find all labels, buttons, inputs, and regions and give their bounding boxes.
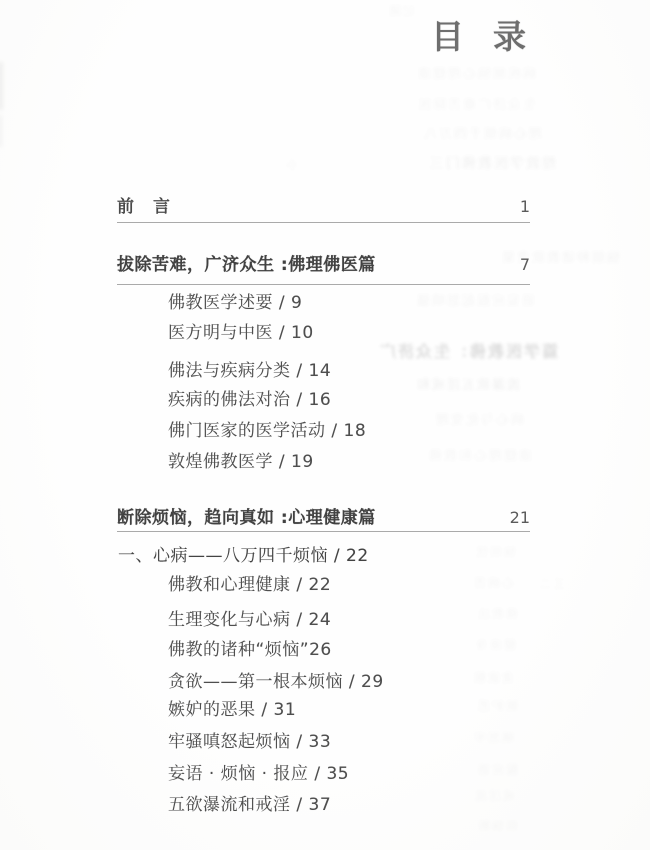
toc-entry: 佛门医家的医学活动 / 18 — [168, 420, 366, 442]
toc-entry: 佛教的诸种“烦恼”26 — [168, 639, 332, 661]
toc-entry: 牢骚嗔怒起烦恼 / 33 — [168, 731, 331, 753]
page-title: 目 录 — [431, 11, 524, 58]
toc-entry: 疾病的佛法对治 / 16 — [168, 389, 331, 411]
toc-entry: 生理变化与心病 / 24 — [168, 609, 331, 631]
section-title: 拔除苦难，广济众生 :佛理佛医篇 — [117, 250, 376, 275]
toc-entry: 敦煌佛教医学 / 19 — [168, 451, 314, 473]
toc-entry: 佛教和心理健康 / 22 — [168, 574, 331, 596]
toc-entry: 佛法与疾病分类 / 14 — [168, 360, 331, 382]
toc-content: 目 录 前 言 1 拔除苦难，广济众生 :佛理佛医篇 7 佛教医学述要 / 9 … — [0, 0, 650, 850]
toc-entry: 妄语 · 烦恼 · 报应 / 35 — [168, 763, 349, 785]
toc-entry: 一、心病——八万四千烦恼 / 22 — [118, 545, 369, 567]
toc-entry: 五欲瀑流和戒淫 / 37 — [168, 794, 331, 816]
preface-label: 前 言 — [117, 192, 171, 217]
toc-entry: 贪欲——第一根本烦恼 / 29 — [168, 671, 384, 693]
toc-entry: 嫉妒的恶果 / 31 — [168, 699, 296, 721]
preface-row: 前 言 1 — [117, 192, 530, 223]
section-row-2: 断除烦恼，趋向真如 :心理健康篇 21 — [117, 503, 530, 532]
scanned-book-page: 记随病疾烦恼心理健康生众济广难苦除医理心病烦千四万八煌敦学医教佛门三恼烦种诸教欲… — [0, 0, 650, 850]
section-title: 断除烦恼，趋向真如 :心理健康篇 — [117, 503, 376, 528]
section-page-number: 7 — [520, 255, 530, 274]
section-page-number: 21 — [510, 508, 530, 527]
preface-page-number: 1 — [520, 197, 530, 216]
section-row-1: 拔除苦难，广济众生 :佛理佛医篇 7 — [117, 250, 530, 285]
toc-entry: 医方明与中医 / 10 — [168, 322, 314, 344]
toc-entry: 佛教医学述要 / 9 — [168, 292, 302, 314]
